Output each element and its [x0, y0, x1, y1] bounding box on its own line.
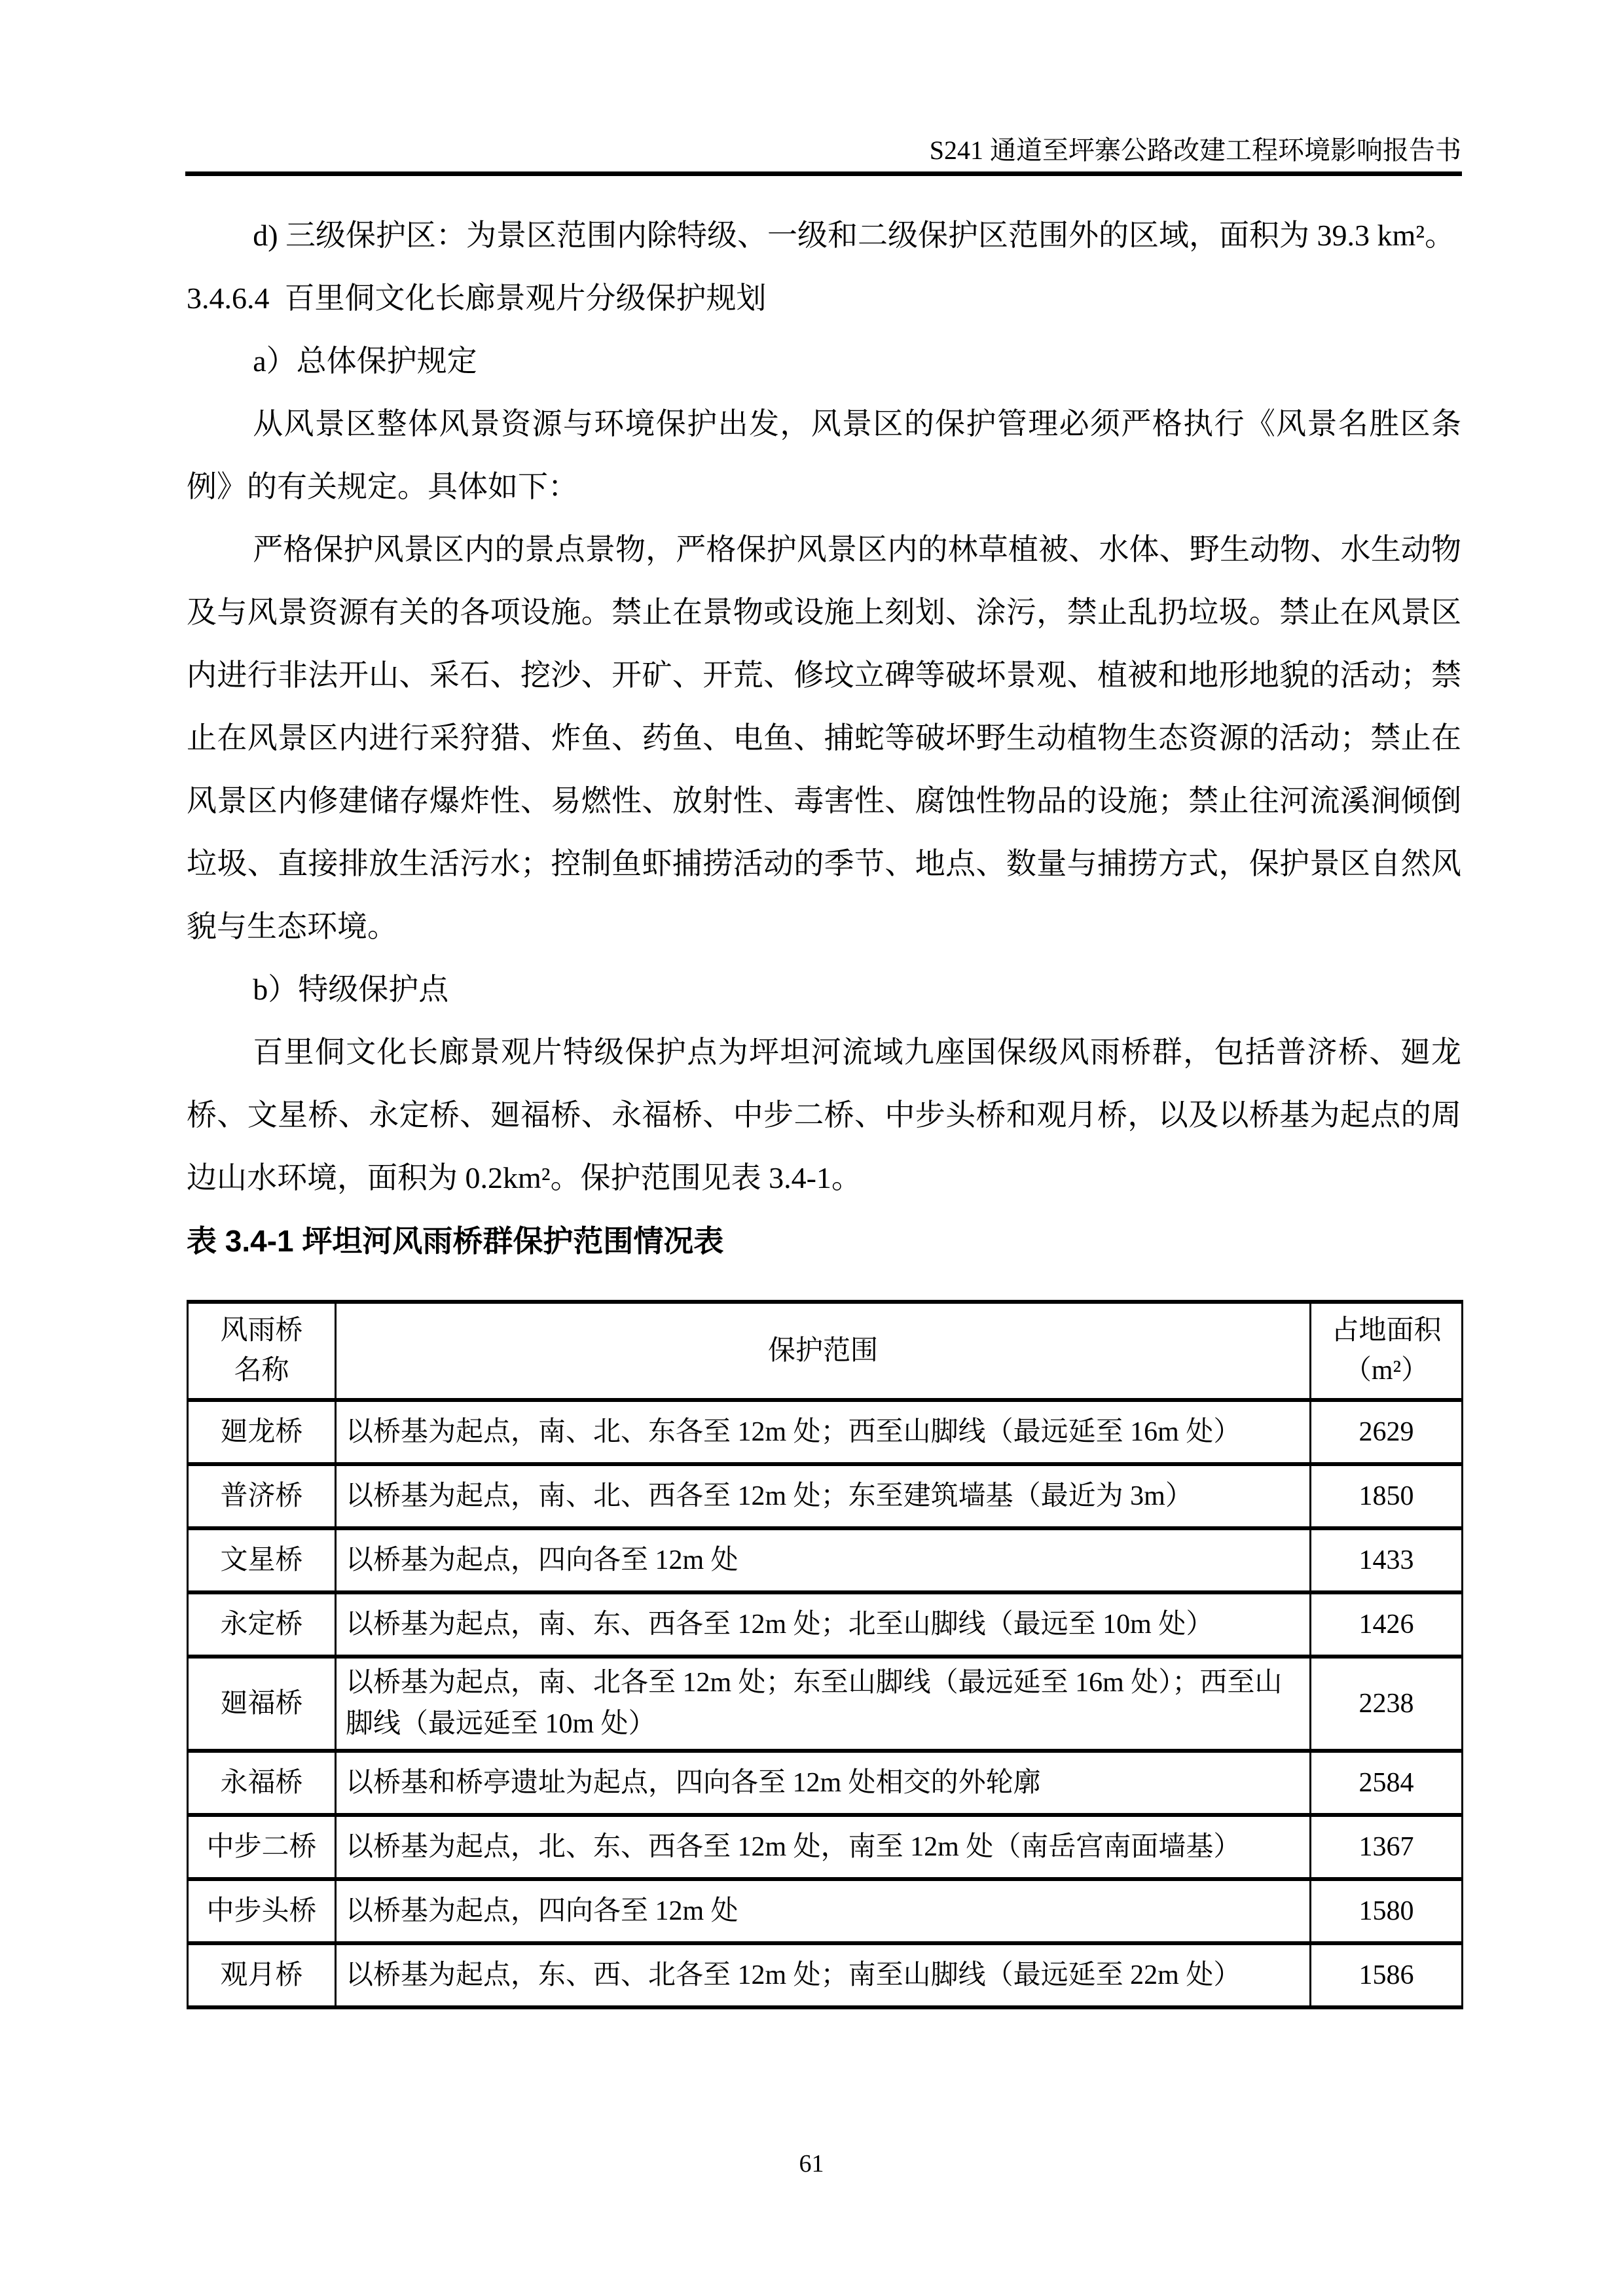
column-header-bridge-name: 风雨桥 名称: [188, 1302, 336, 1400]
paragraph-protection-rules: 严格保护风景区内的景点景物，严格保护风景区内的林草植被、水体、野生动物、水生动物…: [187, 518, 1461, 958]
area-value: 1850: [1311, 1464, 1463, 1528]
table-row: 永福桥 以桥基和桥亭遗址为起点，四向各至 12m 处相交的外轮廓 2584: [188, 1751, 1463, 1815]
table-row: 中步头桥 以桥基为起点，四向各至 12m 处 1580: [188, 1879, 1463, 1943]
document-page: S241 通道至坪寨公路改建工程环境影响报告书 d) 三级保护区：为景区范围内除…: [0, 0, 1623, 2296]
protection-scope: 以桥基为起点，南、北、东各至 12m 处；西至山脚线（最远延至 16m 处）: [336, 1400, 1311, 1464]
table-row: 文星桥 以桥基为起点，四向各至 12m 处 1433: [188, 1528, 1463, 1592]
area-value: 2238: [1311, 1657, 1463, 1751]
paragraph-d-third-level-zone: d) 三级保护区：为景区范围内除特级、一级和二级保护区范围外的区域，面积为 39…: [187, 204, 1461, 267]
area-value: 1426: [1311, 1592, 1463, 1657]
header-divider-line: [185, 171, 1462, 176]
protection-scope: 以桥基为起点，四向各至 12m 处: [336, 1528, 1311, 1592]
table-row: 观月桥 以桥基为起点，东、西、北各至 12m 处；南至山脚线（最远延至 22m …: [188, 1943, 1463, 2007]
protection-scope: 以桥基为起点，四向各至 12m 处: [336, 1879, 1311, 1943]
page-header-title: S241 通道至坪寨公路改建工程环境影响报告书: [187, 134, 1461, 167]
section-heading-3-4-6-4: 3.4.6.4 百里侗文化长廊景观片分级保护规划: [187, 267, 1461, 330]
bridge-name: 永定桥: [188, 1592, 336, 1657]
bridge-name: 普济桥: [188, 1464, 336, 1528]
column-header-protection-scope: 保护范围: [336, 1302, 1311, 1400]
column-header-area: 占地面积 （m²）: [1311, 1302, 1463, 1400]
bridge-name: 廻龙桥: [188, 1400, 336, 1464]
protection-scope: 以桥基为起点，南、北各至 12m 处；东至山脚线（最远延至 16m 处）；西至山…: [336, 1657, 1311, 1751]
area-value: 1580: [1311, 1879, 1463, 1943]
protection-scope: 以桥基为起点，北、东、西各至 12m 处，南至 12m 处（南岳宫南面墙基）: [336, 1815, 1311, 1879]
area-value: 1586: [1311, 1943, 1463, 2007]
paragraph-bridge-group-overview: 百里侗文化长廊景观片特级保护点为坪坦河流域九座国保级风雨桥群，包括普济桥、廻龙桥…: [187, 1021, 1461, 1210]
protection-scope: 以桥基为起点，南、东、西各至 12m 处；北至山脚线（最远至 10m 处）: [336, 1592, 1311, 1657]
area-value: 1433: [1311, 1528, 1463, 1592]
bridge-protection-table: 风雨桥 名称 保护范围 占地面积 （m²） 廻龙桥 以桥基为起点，南、北、东各至…: [187, 1300, 1463, 2009]
table-row: 永定桥 以桥基为起点，南、东、西各至 12m 处；北至山脚线（最远至 10m 处…: [188, 1592, 1463, 1657]
bridge-name: 中步二桥: [188, 1815, 336, 1879]
area-value: 2584: [1311, 1751, 1463, 1815]
bridge-name: 文星桥: [188, 1528, 336, 1592]
bridge-name: 永福桥: [188, 1751, 336, 1815]
area-value: 2629: [1311, 1400, 1463, 1464]
table-row: 普济桥 以桥基为起点，南、北、西各至 12m 处；东至建筑墙基（最近为 3m） …: [188, 1464, 1463, 1528]
paragraph-scenic-regulation: 从风景区整体风景资源与环境保护出发，风景区的保护管理必须严格执行《风景名胜区条例…: [187, 393, 1461, 518]
bridge-name: 中步头桥: [188, 1879, 336, 1943]
bridge-name: 观月桥: [188, 1943, 336, 2007]
document-body: d) 三级保护区：为景区范围内除特级、一级和二级保护区范围外的区域，面积为 39…: [187, 204, 1461, 2009]
area-value: 1367: [1311, 1815, 1463, 1879]
protection-scope: 以桥基为起点，东、西、北各至 12m 处；南至山脚线（最远延至 22m 处）: [336, 1943, 1311, 2007]
page-number: 61: [0, 2149, 1623, 2178]
table-row: 中步二桥 以桥基为起点，北、东、西各至 12m 处，南至 12m 处（南岳宫南面…: [188, 1815, 1463, 1879]
table-header-row: 风雨桥 名称 保护范围 占地面积 （m²）: [188, 1302, 1463, 1400]
table-row: 廻福桥 以桥基为起点，南、北各至 12m 处；东至山脚线（最远延至 16m 处）…: [188, 1657, 1463, 1751]
bridge-name: 廻福桥: [188, 1657, 336, 1751]
paragraph-b-special-protection-point: b）特级保护点: [187, 958, 1461, 1021]
table-row: 廻龙桥 以桥基为起点，南、北、东各至 12m 处；西至山脚线（最远延至 16m …: [188, 1400, 1463, 1464]
table-title: 表 3.4-1 坪坦河风雨桥群保护范围情况表: [187, 1210, 1461, 1272]
protection-scope: 以桥基和桥亭遗址为起点，四向各至 12m 处相交的外轮廓: [336, 1751, 1311, 1815]
protection-scope: 以桥基为起点，南、北、西各至 12m 处；东至建筑墙基（最近为 3m）: [336, 1464, 1311, 1528]
paragraph-a-general-protection: a）总体保护规定: [187, 330, 1461, 393]
